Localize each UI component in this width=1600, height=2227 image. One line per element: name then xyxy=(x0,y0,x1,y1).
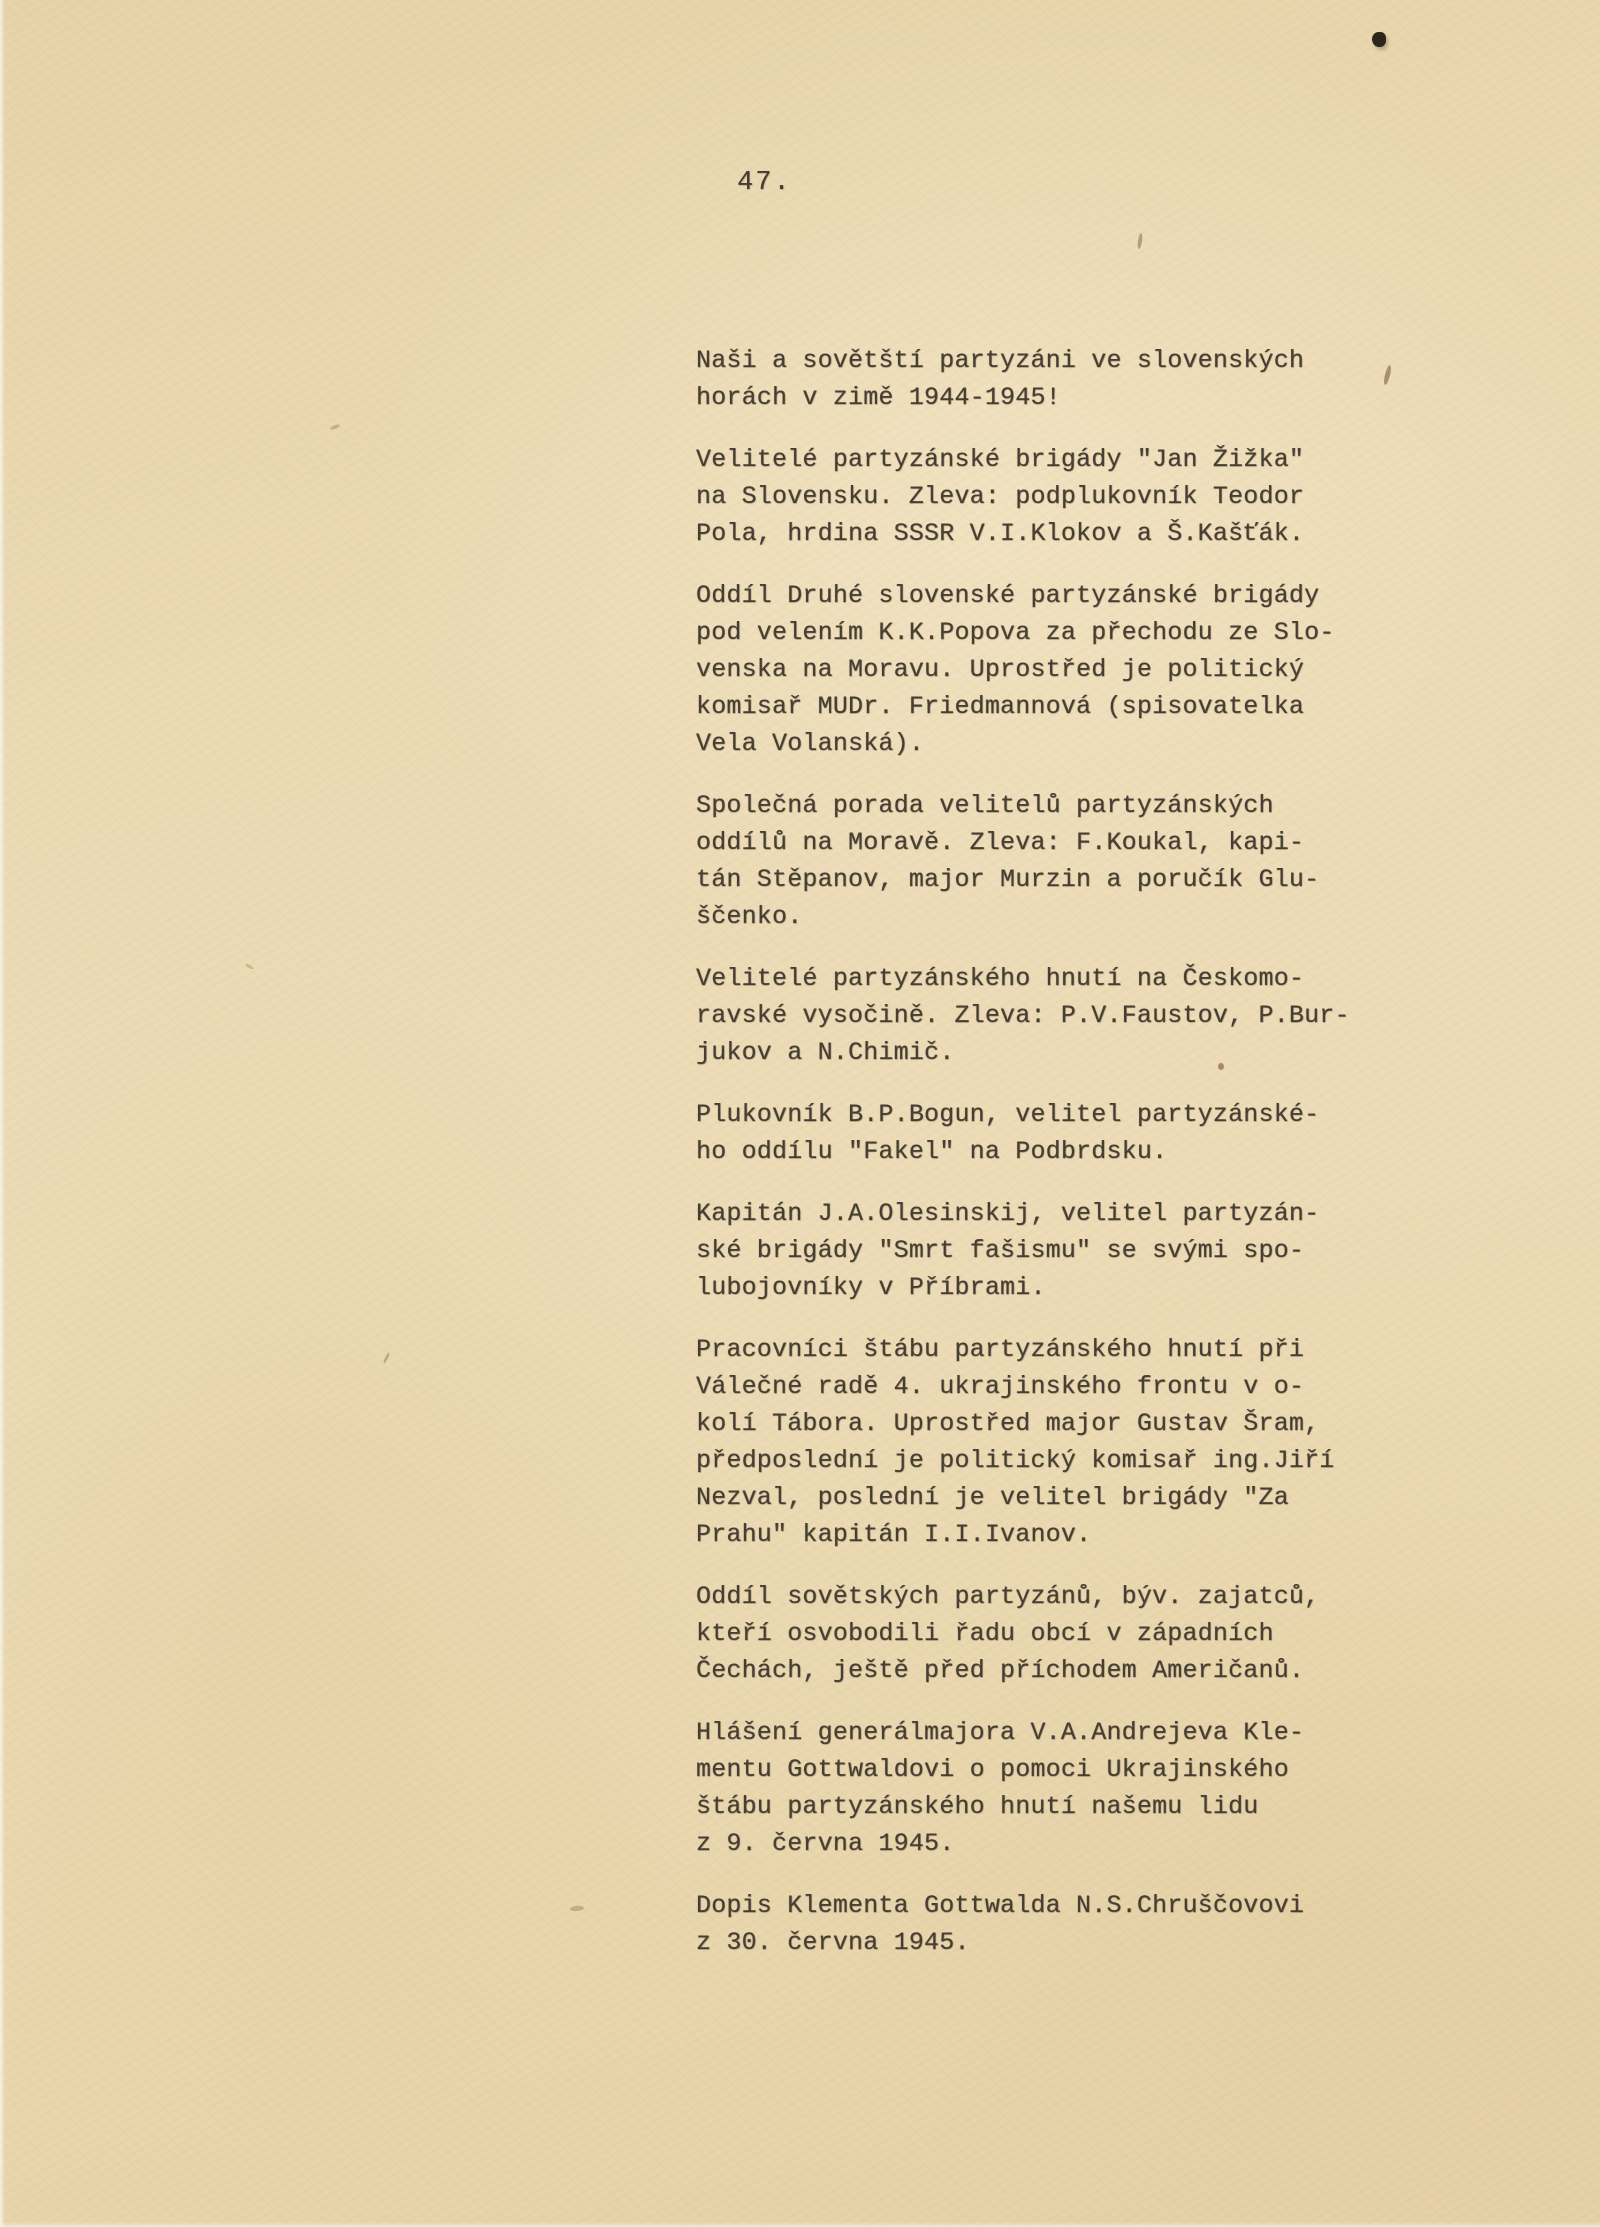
caption-paragraph-1: Naši a sovětští partyzáni ve slovenských… xyxy=(696,342,1356,416)
page-number: 47. xyxy=(737,168,792,198)
caption-paragraph-4: Společná porada velitelů partyzánských o… xyxy=(696,787,1356,935)
ink-speck xyxy=(1372,32,1386,47)
paper-smudge xyxy=(570,1905,584,1911)
paper-fiber xyxy=(245,963,254,970)
paper-stain xyxy=(1218,1063,1224,1070)
caption-paragraph-6: Plukovník B.P.Bogun, velitel partyzánské… xyxy=(696,1096,1356,1170)
paper-fiber xyxy=(1383,365,1393,386)
caption-list: Naši a sovětští partyzáni ve slovenských… xyxy=(696,342,1356,1986)
paper-fiber xyxy=(330,423,341,430)
caption-paragraph-5: Velitelé partyzánského hnutí na Českomo-… xyxy=(696,960,1356,1071)
caption-paragraph-7: Kapitán J.A.Olesinskij, velitel partyzán… xyxy=(696,1195,1356,1306)
paper-fiber xyxy=(1137,233,1143,249)
caption-paragraph-9: Oddíl sovětských partyzánů, býv. zajatců… xyxy=(696,1578,1356,1689)
scan-edge-bottom xyxy=(0,2222,1600,2227)
caption-paragraph-3: Oddíl Druhé slovenské partyzánské brigád… xyxy=(696,577,1356,762)
caption-paragraph-11: Dopis Klementa Gottwalda N.S.Chruščovovi… xyxy=(696,1887,1356,1961)
document-page: 47. Naši a sovětští partyzáni ve slovens… xyxy=(0,0,1600,2227)
caption-paragraph-2: Velitelé partyzánské brigády "Jan Žižka"… xyxy=(696,441,1356,552)
scan-edge-left xyxy=(0,0,5,2227)
caption-paragraph-10: Hlášení generálmajora V.A.Andrejeva Kle-… xyxy=(696,1714,1356,1862)
caption-paragraph-8: Pracovníci štábu partyzánského hnutí při… xyxy=(696,1331,1356,1553)
paper-fiber xyxy=(383,1352,391,1364)
